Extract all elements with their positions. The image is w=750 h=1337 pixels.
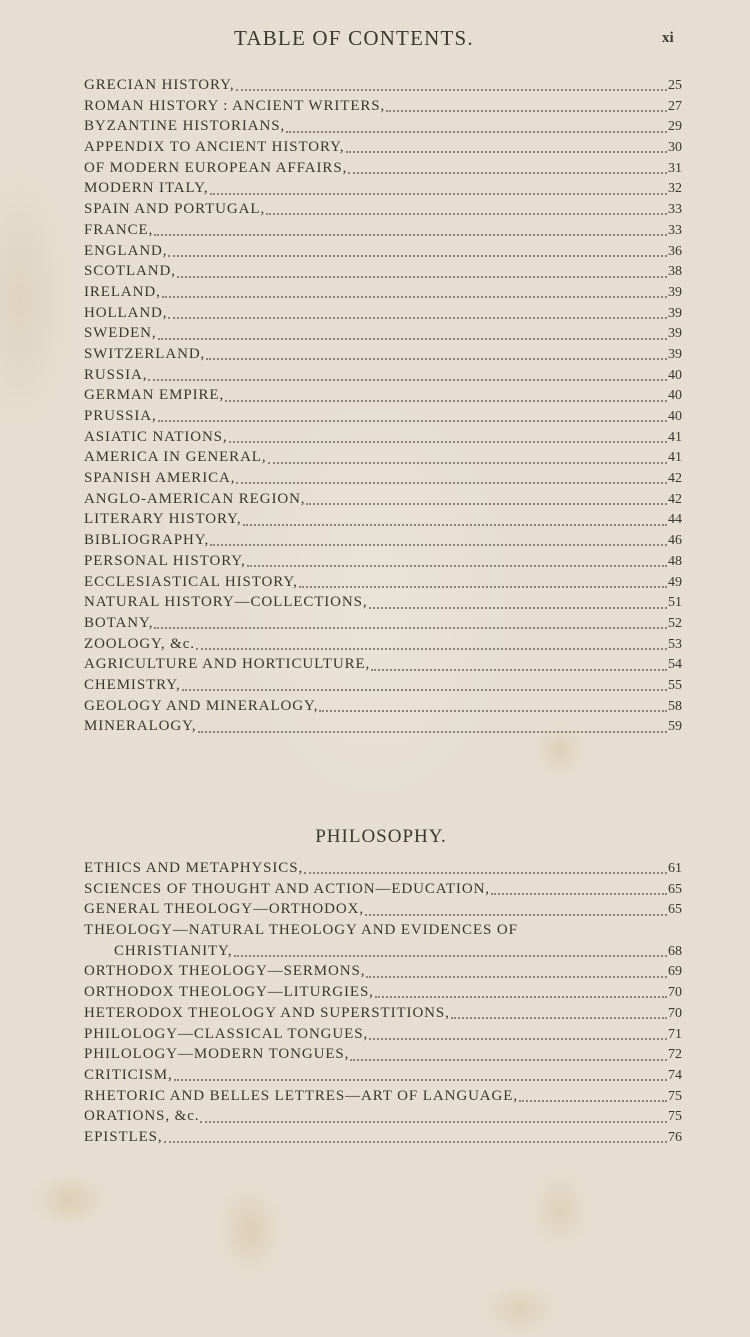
toc-entry: GERMAN EMPIRE,40 (84, 385, 682, 406)
toc-entry: LITERARY HISTORY,44 (84, 509, 682, 530)
dot-leader (319, 710, 667, 712)
dot-leader (236, 89, 667, 91)
toc-entry-page: 42 (668, 490, 682, 511)
toc-entry-page: 70 (668, 1004, 682, 1025)
toc-entry-page: 61 (668, 859, 682, 880)
dot-leader (196, 648, 667, 650)
toc-entry: ORTHODOX THEOLOGY—SERMONS,69 (84, 961, 682, 982)
toc-entry-page: 41 (668, 428, 682, 449)
toc-entry-title: SWITZERLAND, (84, 344, 205, 365)
dot-leader (451, 1017, 667, 1019)
toc-entry-title: RHETORIC AND BELLES LETTRES—ART OF LANGU… (84, 1086, 518, 1107)
dot-leader (198, 731, 667, 733)
toc-entry: ANGLO-AMERICAN REGION,42 (84, 489, 682, 510)
dot-leader (247, 565, 667, 567)
dot-leader (200, 1121, 667, 1123)
toc-entry-page: 31 (668, 159, 682, 180)
dot-leader (491, 893, 667, 895)
toc-entry: CRITICISM,74 (84, 1065, 682, 1086)
toc-entry-title: HETERODOX THEOLOGY AND SUPERSTITIONS, (84, 1003, 450, 1024)
toc-entry-title: SWEDEN, (84, 323, 157, 344)
toc-entry-title: ASIATIC NATIONS, (84, 427, 228, 448)
toc-entry-page: 25 (668, 76, 682, 97)
toc-entry: ZOOLOGY, &c.53 (84, 634, 682, 655)
dot-leader (154, 234, 667, 236)
toc-entry-page: 40 (668, 386, 682, 407)
dot-leader (154, 627, 667, 629)
toc-entry: HETERODOX THEOLOGY AND SUPERSTITIONS,70 (84, 1003, 682, 1024)
toc-entry-title: GENERAL THEOLOGY—ORTHODOX, (84, 899, 364, 920)
toc-entry: FRANCE,33 (84, 220, 682, 241)
toc-entry-page: 32 (668, 179, 682, 200)
toc-entry-page: 39 (668, 324, 682, 345)
dot-leader (148, 379, 667, 381)
toc-entry-title: ORATIONS, &c. (84, 1106, 199, 1127)
toc-entry-page: 74 (668, 1066, 682, 1087)
toc-entry-page: 53 (668, 635, 682, 656)
toc-entry-title: BOTANY, (84, 613, 153, 634)
toc-entry-page: 48 (668, 552, 682, 573)
toc-entry: MINERALOGY,59 (84, 716, 682, 737)
toc-entry-page: 40 (668, 366, 682, 387)
toc-entry-title: LITERARY HISTORY, (84, 509, 242, 530)
toc-entry: RHETORIC AND BELLES LETTRES—ART OF LANGU… (84, 1086, 682, 1107)
toc-entry-title: BYZANTINE HISTORIANS, (84, 116, 285, 137)
toc-entry-page: 39 (668, 304, 682, 325)
toc-entry-title: CRITICISM, (84, 1065, 173, 1086)
dot-leader (225, 400, 667, 402)
toc-entry-title: SPANISH AMERICA, (84, 468, 235, 489)
dot-leader (369, 607, 667, 609)
toc-entry-title: BIBLIOGRAPHY, (84, 530, 209, 551)
toc-entry-page: 27 (668, 97, 682, 118)
toc-entry: PRUSSIA,40 (84, 406, 682, 427)
toc-entry: BIBLIOGRAPHY,46 (84, 530, 682, 551)
toc-entry-page: 33 (668, 200, 682, 221)
toc-entry-title: PHILOLOGY—CLASSICAL TONGUES, (84, 1024, 368, 1045)
dot-leader (243, 524, 667, 526)
toc-entry-page: 29 (668, 117, 682, 138)
toc-entry-title: MODERN ITALY, (84, 178, 209, 199)
toc-entry: ENGLAND,36 (84, 241, 682, 262)
dot-leader (375, 996, 667, 998)
toc-entry-page: 75 (668, 1087, 682, 1108)
toc-entry: BYZANTINE HISTORIANS,29 (84, 116, 682, 137)
toc-entry-page: 59 (668, 717, 682, 738)
toc-entry-title: PHILOLOGY—MODERN TONGUES, (84, 1044, 349, 1065)
toc-entry-title: FRANCE, (84, 220, 153, 241)
toc-entry: BOTANY,52 (84, 613, 682, 634)
toc-entry-title: GERMAN EMPIRE, (84, 385, 224, 406)
dot-leader (369, 1038, 667, 1040)
dot-leader (268, 462, 667, 464)
toc-entry-page: 33 (668, 221, 682, 242)
toc-entry-page: 51 (668, 593, 682, 614)
toc-entry-page: 40 (668, 407, 682, 428)
dot-leader (299, 586, 667, 588)
dot-leader (519, 1100, 667, 1102)
toc-entry-page: 72 (668, 1045, 682, 1066)
toc-entry-title: ANGLO-AMERICAN REGION, (84, 489, 305, 510)
toc-section-history: GRECIAN HISTORY,25ROMAN HISTORY : ANCIEN… (84, 75, 682, 737)
toc-entry-page: 69 (668, 962, 682, 983)
toc-entry-page: 44 (668, 510, 682, 531)
toc-entry-page: 46 (668, 531, 682, 552)
toc-entry-page: 76 (668, 1128, 682, 1149)
toc-entry-page: 58 (668, 697, 682, 718)
dot-leader (266, 213, 667, 215)
dot-leader (168, 255, 667, 257)
toc-entry: APPENDIX TO ANCIENT HISTORY,30 (84, 137, 682, 158)
toc-entry: EPISTLES,76 (84, 1127, 682, 1148)
toc-entry: HOLLAND,39 (84, 303, 682, 324)
toc-entry-title: CHEMISTRY, (84, 675, 181, 696)
toc-entry: ASIATIC NATIONS,41 (84, 427, 682, 448)
section-heading-philosophy: PHILOSOPHY. (0, 826, 750, 848)
toc-entry: SPANISH AMERICA,42 (84, 468, 682, 489)
toc-entry-title: SCIENCES OF THOUGHT AND ACTION—EDUCATION… (84, 879, 490, 900)
dot-leader (174, 1079, 667, 1081)
toc-entry: SWITZERLAND,39 (84, 344, 682, 365)
dot-leader (386, 110, 667, 112)
toc-entry-title: AGRICULTURE AND HORTICULTURE, (84, 654, 370, 675)
dot-leader (304, 872, 667, 874)
toc-entry-title: ORTHODOX THEOLOGY—LITURGIES, (84, 982, 374, 1003)
toc-entry: PHILOLOGY—CLASSICAL TONGUES,71 (84, 1024, 682, 1045)
running-title: TABLE OF CONTENTS. (234, 26, 474, 51)
toc-entry-page: 30 (668, 138, 682, 159)
dot-leader (158, 420, 667, 422)
dot-leader (366, 976, 667, 978)
toc-entry-page: 68 (668, 942, 682, 963)
dot-leader (346, 151, 667, 153)
toc-entry: NATURAL HISTORY—COLLECTIONS,51 (84, 592, 682, 613)
toc-entry-page: 52 (668, 614, 682, 635)
toc-entry-page: 41 (668, 448, 682, 469)
dot-leader (365, 914, 667, 916)
dot-leader (234, 955, 667, 957)
toc-entry: CHRISTIANITY,68 (84, 941, 682, 962)
toc-entry: PERSONAL HISTORY,48 (84, 551, 682, 572)
toc-entry-title: SCOTLAND, (84, 261, 176, 282)
toc-entry-page: 38 (668, 262, 682, 283)
toc-entry-title: PERSONAL HISTORY, (84, 551, 246, 572)
toc-entry-title: THEOLOGY—NATURAL THEOLOGY AND EVIDENCES … (84, 920, 518, 941)
toc-entry-page: 39 (668, 345, 682, 366)
toc-entry-title: IRELAND, (84, 282, 161, 303)
dot-leader (348, 172, 667, 174)
toc-entry-title: HOLLAND, (84, 303, 167, 324)
dot-leader (210, 193, 667, 195)
dot-leader (206, 358, 667, 360)
toc-entry: ROMAN HISTORY : ANCIENT WRITERS,27 (84, 96, 682, 117)
toc-entry: SCIENCES OF THOUGHT AND ACTION—EDUCATION… (84, 879, 682, 900)
toc-entry: RUSSIA,40 (84, 365, 682, 386)
toc-entry: AGRICULTURE AND HORTICULTURE,54 (84, 654, 682, 675)
toc-entry-title: ECCLESIASTICAL HISTORY, (84, 572, 298, 593)
toc-entry-title: OF MODERN EUROPEAN AFFAIRS, (84, 158, 347, 179)
page-number: xi (662, 30, 674, 47)
toc-entry-title: AMERICA IN GENERAL, (84, 447, 267, 468)
toc-entry-page: 54 (668, 655, 682, 676)
toc-entry-title: CHRISTIANITY, (114, 941, 233, 962)
toc-entry-page: 55 (668, 676, 682, 697)
toc-entry: CHEMISTRY,55 (84, 675, 682, 696)
toc-entry: GRECIAN HISTORY,25 (84, 75, 682, 96)
toc-entry: ORATIONS, &c.75 (84, 1106, 682, 1127)
toc-entry-title: MINERALOGY, (84, 716, 197, 737)
toc-entry: ECCLESIASTICAL HISTORY,49 (84, 572, 682, 593)
toc-entry: AMERICA IN GENERAL,41 (84, 447, 682, 468)
toc-entry: ORTHODOX THEOLOGY—LITURGIES,70 (84, 982, 682, 1003)
toc-entry-page: 39 (668, 283, 682, 304)
dot-leader (182, 689, 667, 691)
toc-entry-title: EPISTLES, (84, 1127, 163, 1148)
toc-entry: SCOTLAND,38 (84, 261, 682, 282)
dot-leader (177, 276, 667, 278)
toc-entry-title: APPENDIX TO ANCIENT HISTORY, (84, 137, 345, 158)
toc-entry-page: 71 (668, 1025, 682, 1046)
toc-entry-title: NATURAL HISTORY—COLLECTIONS, (84, 592, 368, 613)
toc-section-philosophy: ETHICS AND METAPHYSICS,61SCIENCES OF THO… (84, 858, 682, 1148)
toc-entry: GEOLOGY AND MINERALOGY,58 (84, 696, 682, 717)
toc-entry-page: 49 (668, 573, 682, 594)
toc-entry: IRELAND,39 (84, 282, 682, 303)
dot-leader (229, 441, 667, 443)
dot-leader (306, 503, 667, 505)
toc-entry-page: 36 (668, 242, 682, 263)
toc-entry-title: RUSSIA, (84, 365, 147, 386)
toc-entry-title: GRECIAN HISTORY, (84, 75, 235, 96)
dot-leader (158, 338, 667, 340)
toc-entry-title: ZOOLOGY, &c. (84, 634, 195, 655)
dot-leader (210, 544, 667, 546)
toc-entry-title: SPAIN AND PORTUGAL, (84, 199, 265, 220)
toc-entry: OF MODERN EUROPEAN AFFAIRS,31 (84, 158, 682, 179)
toc-entry: SPAIN AND PORTUGAL,33 (84, 199, 682, 220)
toc-entry: MODERN ITALY,32 (84, 178, 682, 199)
toc-entry-page: 70 (668, 983, 682, 1004)
dot-leader (164, 1141, 667, 1143)
dot-leader (168, 317, 667, 319)
toc-entry: GENERAL THEOLOGY—ORTHODOX,65 (84, 899, 682, 920)
page-header: TABLE OF CONTENTS. xi (0, 26, 750, 56)
dot-leader (371, 669, 667, 671)
toc-entry: ETHICS AND METAPHYSICS,61 (84, 858, 682, 879)
toc-entry-page: 65 (668, 900, 682, 921)
dot-leader (350, 1059, 667, 1061)
toc-entry-title: PRUSSIA, (84, 406, 157, 427)
toc-entry-title: ENGLAND, (84, 241, 167, 262)
toc-entry: THEOLOGY—NATURAL THEOLOGY AND EVIDENCES … (84, 920, 682, 941)
toc-entry-title: GEOLOGY AND MINERALOGY, (84, 696, 318, 717)
dot-leader (236, 482, 667, 484)
toc-entry-title: ORTHODOX THEOLOGY—SERMONS, (84, 961, 365, 982)
dot-leader (162, 296, 667, 298)
toc-entry: SWEDEN,39 (84, 323, 682, 344)
toc-entry-title: ROMAN HISTORY : ANCIENT WRITERS, (84, 96, 385, 117)
toc-entry-title: ETHICS AND METAPHYSICS, (84, 858, 303, 879)
dot-leader (286, 131, 667, 133)
toc-entry: PHILOLOGY—MODERN TONGUES,72 (84, 1044, 682, 1065)
toc-entry-page: 65 (668, 880, 682, 901)
toc-entry-page: 75 (668, 1107, 682, 1128)
toc-entry-page: 42 (668, 469, 682, 490)
